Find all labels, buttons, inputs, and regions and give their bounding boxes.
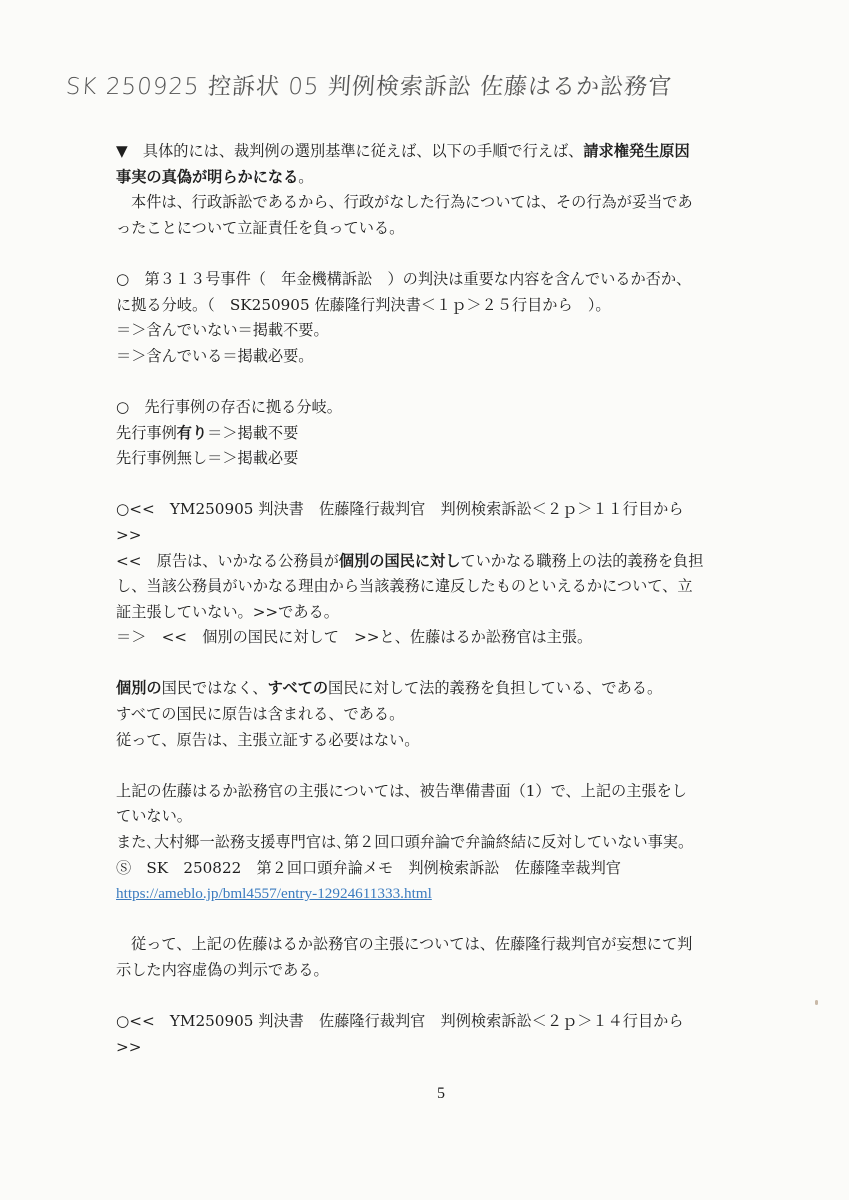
quote-judgment-line-14: ○<< YM250905 判決書 佐藤隆行裁判官 判例検索訴訟＜２ｐ＞１４行目か… (116, 1009, 796, 1035)
paper-speck (815, 1000, 818, 1005)
paragraph-conclusion: 従って、上記の佐藤はるか訟務官の主張については、佐藤隆行裁判官が妄想にて判 (116, 932, 796, 958)
triangle-bullet-icon: ▼ (116, 142, 128, 160)
branch-case-313: ○ 第３１３号事件（ 年金機構訴訟 ）の判決は重要な内容を含んでいるか否か、 (116, 267, 796, 293)
document-body: ▼ 具体的には、裁判例の選別基準に従えば、以下の手順で行えば、請求権発生原因 事… (116, 139, 796, 1060)
paragraph-procedure-intro: ▼ 具体的には、裁判例の選別基準に従えば、以下の手順で行えば、請求権発生原因 (116, 139, 796, 165)
quote-judgment-line-11: ○<< YM250905 判決書 佐藤隆行裁判官 判例検索訴訟＜２ｐ＞１１行目か… (116, 497, 796, 523)
paragraph-burden-of-proof: 本件は、行政訴訟であるから、行政がなした行為については、その行為が妥当であ (116, 190, 796, 216)
ameblo-entry-link[interactable]: https://ameblo.jp/bml4557/entry-12924611… (116, 885, 432, 902)
branch-precedent: ○ 先行事例の存否に拠る分岐。 (116, 395, 796, 421)
paragraph-all-citizens: 個別の国民ではなく、すべての国民に対して法的義務を負担している、である。 (116, 676, 796, 702)
handwritten-title: SK 250925 控訴状 05 判例検索訴訟 佐藤はるか訟務官 (65, 68, 674, 101)
page-number: 5 (437, 1085, 445, 1103)
memo-reference: Ⓢ SK 250822 第２回口頭弁論メモ 判例検索訴訟 佐藤隆幸裁判官 (116, 856, 796, 882)
paragraph-defendant-brief: 上記の佐藤はるか訟務官の主張については、被告準備書面（1）で、上記の主張をし (116, 779, 796, 805)
